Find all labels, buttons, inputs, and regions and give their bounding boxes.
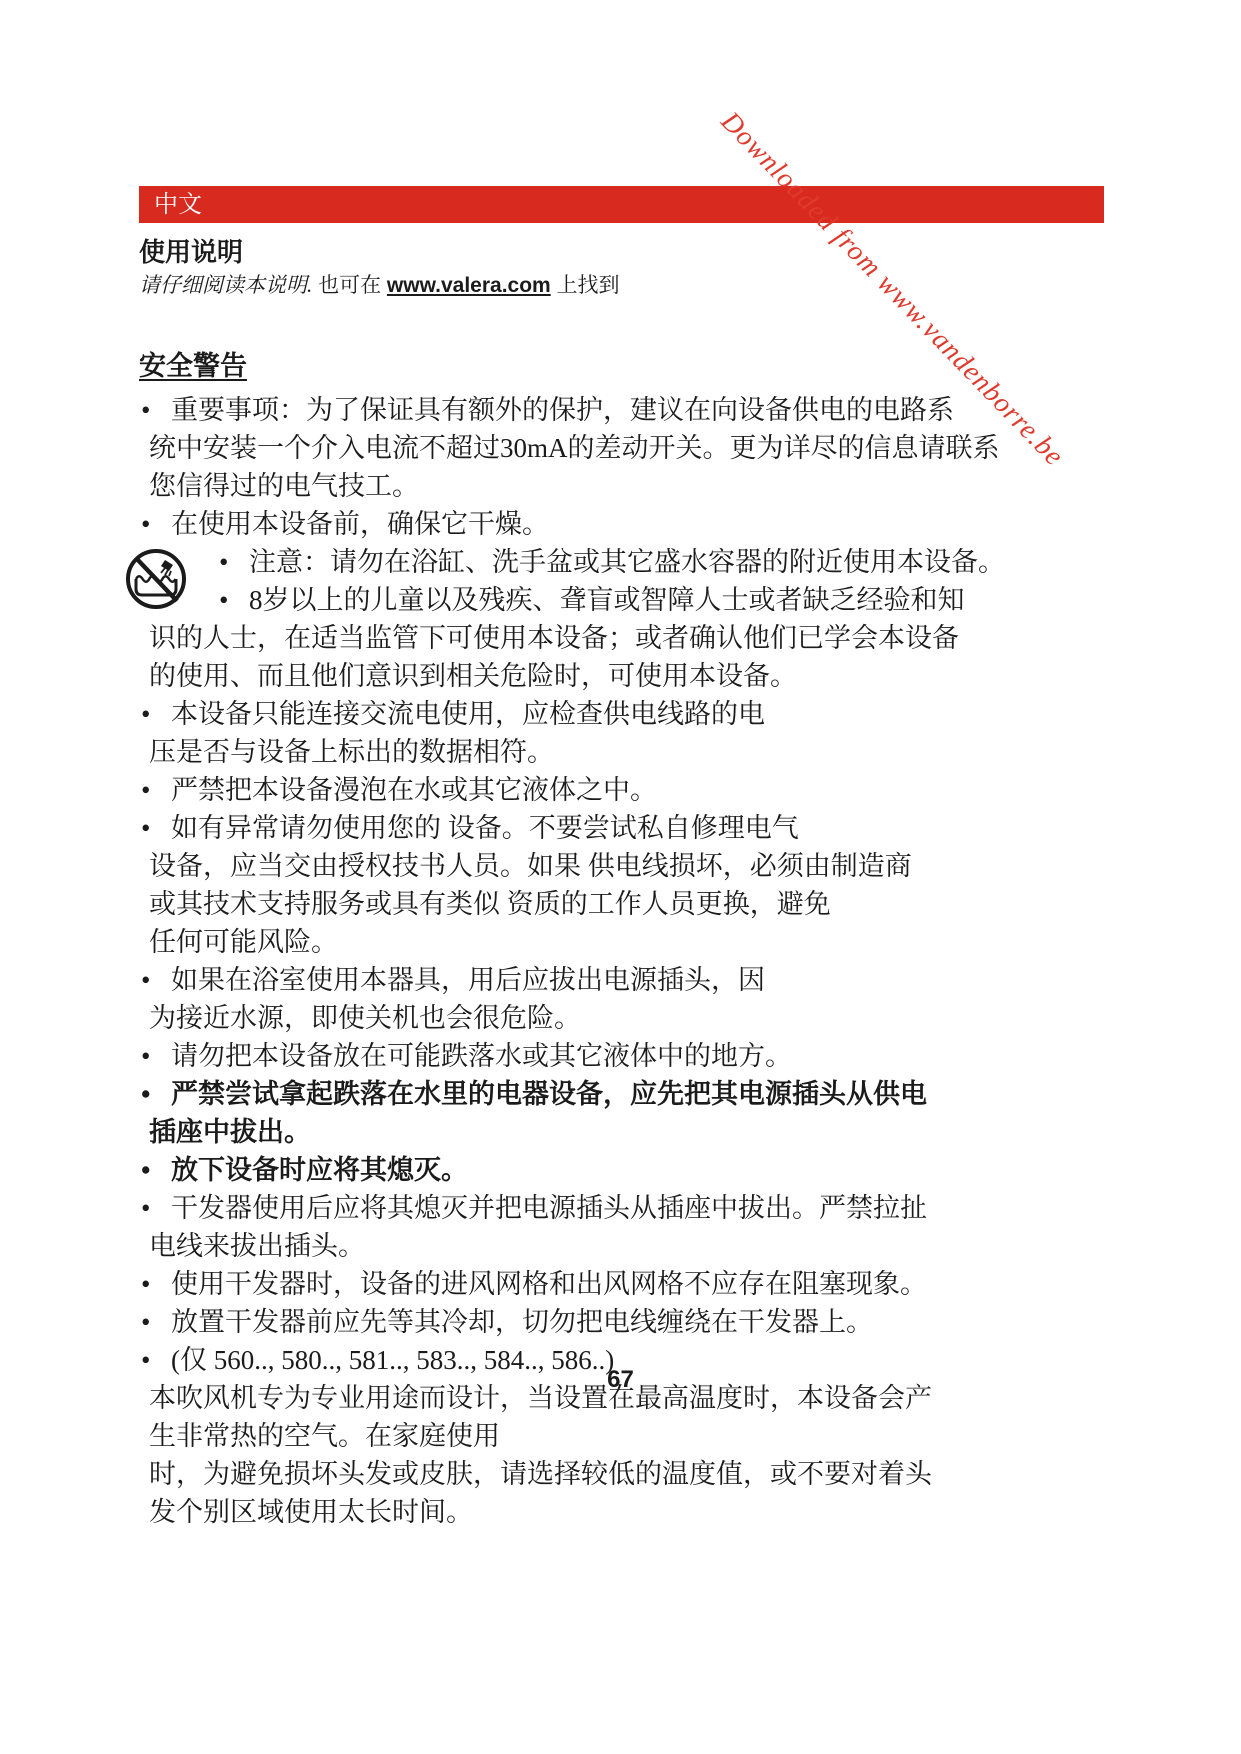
language-header-bar: 中文 <box>139 186 1104 223</box>
bullet-marker: • <box>141 1189 150 1227</box>
read-carefully-note: 请仔细阅读本说明. <box>139 273 312 297</box>
safety-bullet-text: 严禁尝试拿起跌落在水里的电器设备，应先把其电源插头从供电 插座中拔出。 <box>149 1075 1104 1151</box>
safety-bullet-text: 干发器使用后应将其熄灭并把电源插头从插座中拔出。严禁拉扯 电线来拔出插头。 <box>149 1189 1104 1265</box>
bullet-marker: • <box>219 543 228 581</box>
manual-page: 中文 使用说明 请仔细阅读本说明. 也可在 www.valera.com 上找到… <box>0 0 1241 1754</box>
safety-bullet-text: 使用干发器时，设备的进风网格和出风网格不应存在阻塞现象。 <box>149 1265 1104 1303</box>
page-content: 中文 使用说明 请仔细阅读本说明. 也可在 www.valera.com 上找到… <box>139 186 1104 1531</box>
safety-bullet-text: 请勿把本设备放在可能跌落水或其它液体中的地方。 <box>149 1037 1104 1075</box>
valera-website-link[interactable]: www.valera.com <box>387 274 551 297</box>
bullet-marker: • <box>141 771 150 809</box>
icon-sub-bullets: • 注意：请勿在浴缸、洗手盆或其它盛水容器的附近使用本设备。 • 8岁以上的儿童… <box>219 543 1104 619</box>
intro-line: 请仔细阅读本说明. 也可在 www.valera.com 上找到 <box>139 272 1104 299</box>
safety-bullet-11: • 使用干发器时，设备的进风网格和出风网格不应存在阻塞现象。 <box>139 1265 1104 1303</box>
safety-bullet-6: • 如果在浴室使用本器具，用后应拔出电源插头，因 为接近水源，即使关机也会很危险… <box>139 961 1104 1037</box>
safety-bullet-text: 注意：请勿在浴缸、洗手盆或其它盛水容器的附近使用本设备。 <box>249 543 1104 581</box>
bullet-marker: • <box>141 961 150 999</box>
safety-bullet-12: • 放置干发器前应先等其冷却，切勿把电线缠绕在干发器上。 <box>139 1303 1104 1341</box>
bullet-marker: • <box>141 1075 150 1113</box>
safety-bullet-8: • 严禁尝试拿起跌落在水里的电器设备，应先把其电源插头从供电 插座中拔出。 <box>139 1075 1104 1151</box>
safety-bullet-attention: • 注意：请勿在浴缸、洗手盆或其它盛水容器的附近使用本设备。 <box>219 543 1104 581</box>
safety-bullet-children-continuation: 识的人士，在适当监管下可使用本设备；或者确认他们已学会本设备 的使用、而且他们意… <box>149 619 1104 695</box>
safety-bullet-3: • 本设备只能连接交流电使用，应检查供电线路的电 压是否与设备上标出的数据相符。 <box>139 695 1104 771</box>
safety-bullet-text: 严禁把本设备漫泡在水或其它液体之中。 <box>149 771 1104 809</box>
safety-warning-heading: 安全警告 <box>139 349 1104 383</box>
safety-bullet-list: • 重要事项：为了保证具有额外的保护，建议在向设备供电的电路系 统中安装一个介入… <box>139 391 1104 1531</box>
safety-bullet-7: • 请勿把本设备放在可能跌落水或其它液体中的地方。 <box>139 1037 1104 1075</box>
bullet-marker: • <box>141 1265 150 1303</box>
safety-bullet-text: 如果在浴室使用本器具，用后应拔出电源插头，因 为接近水源，即使关机也会很危险。 <box>149 961 1104 1037</box>
bullet-marker: • <box>141 1303 150 1341</box>
safety-bullet-text: 8岁以上的儿童以及残疾、聋盲或智障人士或者缺乏经验和知 <box>249 581 1104 619</box>
bullet-marker: • <box>219 581 228 619</box>
bullet-marker: • <box>141 809 150 847</box>
safety-bullet-text: 放置干发器前应先等其冷却，切勿把电线缠绕在干发器上。 <box>149 1303 1104 1341</box>
bullet-marker: • <box>141 1151 150 1189</box>
safety-bullet-5: • 如有异常请勿使用您的 设备。不要尝试私自修理电气 设备，应当交由授权技书人员… <box>139 809 1104 961</box>
bullet-marker: • <box>141 1037 150 1075</box>
safety-bullet-4: • 严禁把本设备漫泡在水或其它液体之中。 <box>139 771 1104 809</box>
bullet-marker: • <box>141 391 150 429</box>
safety-bullet-text: 如有异常请勿使用您的 设备。不要尝试私自修理电气 设备，应当交由授权技书人员。如… <box>149 809 1104 961</box>
bullet-marker: • <box>141 505 150 543</box>
page-number: 67 <box>0 1366 1241 1394</box>
no-use-near-water-icon <box>123 547 189 613</box>
language-label: 中文 <box>139 186 202 223</box>
safety-bullet-text: 重要事项：为了保证具有额外的保护，建议在向设备供电的电路系 统中安装一个介入电流… <box>149 391 1104 505</box>
safety-bullet-children: • 8岁以上的儿童以及残疾、聋盲或智障人士或者缺乏经验和知 <box>219 581 1104 619</box>
safety-bullet-text: 本设备只能连接交流电使用，应检查供电线路的电 压是否与设备上标出的数据相符。 <box>149 695 1104 771</box>
page-title: 使用说明 <box>139 237 1104 267</box>
safety-bullet-1: • 重要事项：为了保证具有额外的保护，建议在向设备供电的电路系 统中安装一个介入… <box>139 391 1104 505</box>
safety-bullet-10: • 干发器使用后应将其熄灭并把电源插头从插座中拔出。严禁拉扯 电线来拔出插头。 <box>139 1189 1104 1265</box>
safety-bullet-text: 放下设备时应将其熄灭。 <box>149 1151 1104 1189</box>
intro-mid-text: 也可在 <box>312 274 387 297</box>
safety-bullet-text: 在使用本设备前，确保它干燥。 <box>149 505 1104 543</box>
safety-bullet-bath-warning: • 注意：请勿在浴缸、洗手盆或其它盛水容器的附近使用本设备。 • 8岁以上的儿童… <box>139 543 1104 695</box>
safety-bullet-9: • 放下设备时应将其熄灭。 <box>139 1151 1104 1189</box>
safety-bullet-2: • 在使用本设备前，确保它干燥。 <box>139 505 1104 543</box>
intro-tail-text: 上找到 <box>551 274 620 297</box>
bullet-marker: • <box>141 695 150 733</box>
